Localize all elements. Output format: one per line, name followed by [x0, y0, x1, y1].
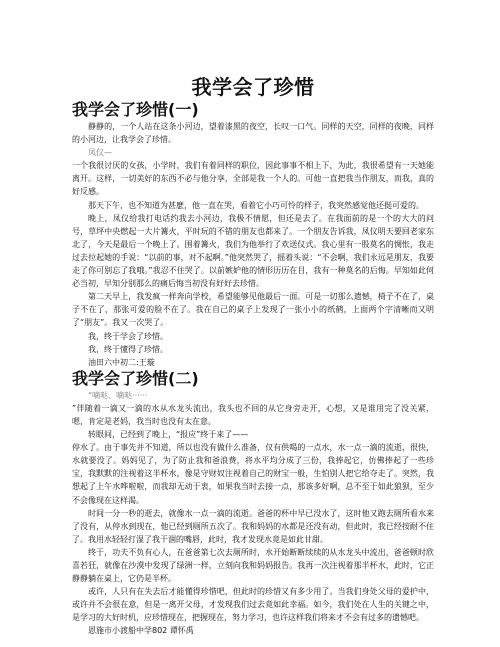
section-one: 我学会了珍惜(一) 静静的，一个人站在这条小河边，望着漆黑的夜空，长叹一口气。同…: [72, 100, 434, 369]
paragraph: “嘀哒、嘀哒······: [72, 389, 434, 402]
author-signature: 油田六中初二:王璇: [72, 356, 434, 369]
document-title: 我学会了珍惜: [72, 74, 434, 100]
section-heading: 我学会了珍惜(二): [72, 369, 434, 389]
paragraph: 时间一分一秒的逝去，就像水一点一滴的流逝。爸爸的杯中早已没水了，这时他又跑去厕所…: [72, 507, 434, 546]
section-two: 我学会了珍惜(二) “嘀哒、嘀哒······ ”伴随着一滴又一滴的水从水龙头流出…: [72, 369, 434, 638]
paragraph: ”伴随着一滴又一滴的水从水龙头流出，我头也不回的从它身旁走开，心想，又是谁用完了…: [72, 402, 434, 428]
paragraph: 一个我很讨厌的女孩，小学时，我们有着同样的职位，因此事事不相上下，为此，我很希望…: [72, 159, 434, 198]
paragraph: 停水了。由于事先并不知道，所以也没有做什么准备，仅有供喝的一点水，水一点一滴的流…: [72, 441, 434, 506]
document-page: 我学会了珍惜 我学会了珍惜(一) 静静的，一个人站在这条小河边，望着漆黑的夜空，…: [72, 74, 434, 638]
paragraph: 我，终于学会了珍惜。: [72, 330, 434, 343]
paragraph: 凤仪—: [72, 146, 434, 159]
author-signature: 恩施市小渡船中学802 谭怀禹: [72, 624, 434, 637]
paragraph: 或许，人只有在失去后才能懂得珍惜吧，但此时的珍惜又有多少用了。当我们身处父母的爱…: [72, 585, 434, 624]
paragraph: 那天下午，也不知道为甚麽，他一直在哭，看着它小巧可怜的样子，我突然感觉他还挺可爱…: [72, 199, 434, 212]
paragraph: 静静的，一个人站在这条小河边，望着漆黑的夜空，长叹一口气。同样的天空，同样的夜晚…: [72, 120, 434, 146]
section-heading: 我学会了珍惜(一): [72, 100, 434, 120]
paragraph: 我，终于懂得了珍惜。: [72, 343, 434, 356]
paragraph: 转眼间，已经到了晚上，“报应”终于来了——: [72, 428, 434, 441]
paragraph: 第二天早上，我发疯一样奔向学校，希望能够见他最后一面。可是一切那么遗憾，椅子不在…: [72, 290, 434, 329]
paragraph: 终于，功夫不负有心人，在爸爸第七次去厕所时，水开始断断续续的从水龙头中流出，爸爸…: [72, 546, 434, 585]
paragraph: 晚上，凤仪给我打电话约我去小河边，我极不情愿，但还是去了。在我面前的是一个的大大…: [72, 212, 434, 291]
